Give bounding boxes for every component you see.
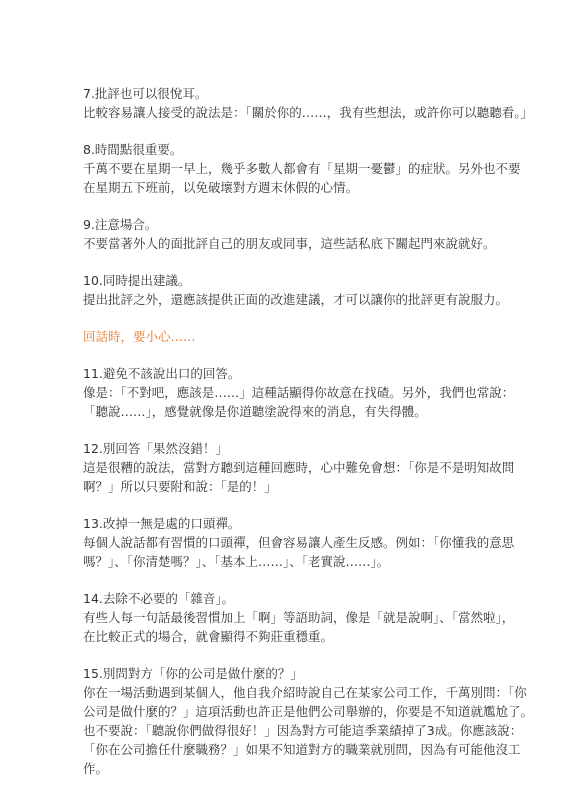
tip-8: 8.時間點很重要。 千萬不要在星期一早上，幾乎多數人都會有「星期一憂鬱」的症狀。… (83, 140, 493, 197)
tip-7: 7.批評也可以很悅耳。 比較容易讓人接受的說法是：「關於你的……，我有些想法，或… (83, 84, 493, 122)
tip-body-line: 作。 (83, 759, 493, 778)
tip-title: 7.批評也可以很悅耳。 (83, 84, 493, 103)
tip-body-line: 不要當著外人的面批評自己的朋友或同事，這些話私底下關起門來說就好。 (83, 234, 493, 253)
tip-9: 9.注意場合。 不要當著外人的面批評自己的朋友或同事，這些話私底下關起門來說就好… (83, 215, 493, 253)
tip-12: 12.別回答「果然沒錯！」 這是很糟的說法，當對方聽到這種回應時，心中難免會想：… (83, 439, 493, 496)
tip-body-line: 在星期五下班前，以免破壞對方週末休假的心情。 (83, 178, 493, 197)
tip-title: 10.同時提出建議。 (83, 271, 493, 290)
tip-body-line: 像是：「不對吧，應該是……」這種話顯得你故意在找碴。另外，我們也常說： (83, 383, 493, 402)
tip-body-line: 也不要說：「聽說你們做得很好！」因為對方可能這季業績掉了3成。你應該說： (83, 721, 493, 740)
tip-title: 11.避免不該說出口的回答。 (83, 364, 493, 383)
tip-body-line: 每個人說話都有習慣的口頭禪，但會容易讓人產生反感。例如：「你懂我的意思 (83, 533, 493, 552)
tip-10: 10.同時提出建議。 提出批評之外，還應該提供正面的改進建議，才可以讓你的批評更… (83, 271, 493, 309)
tip-13: 13.改掉一無是處的口頭禪。 每個人說話都有習慣的口頭禪，但會容易讓人產生反感。… (83, 514, 493, 571)
tip-14: 14.去除不必要的「雜音」。 有些人每一句話最後習慣加上「啊」等語助詞，像是「就… (83, 589, 493, 646)
tip-body-line: 「你在公司擔任什麼職務？」如果不知道對方的職業就別問，因為有可能他沒工 (83, 740, 493, 759)
tip-title: 9.注意場合。 (83, 215, 493, 234)
tip-title: 12.別回答「果然沒錯！」 (83, 439, 493, 458)
tip-title: 15.別問對方「你的公司是做什麼的？」 (83, 664, 493, 683)
tip-title: 14.去除不必要的「雜音」。 (83, 589, 493, 608)
tip-15: 15.別問對方「你的公司是做什麼的？」 你在一場活動遇到某個人，他自我介紹時說自… (83, 664, 493, 778)
tip-body-line: 這是很糟的說法，當對方聽到這種回應時，心中難免會想：「你是不是明知故問 (83, 458, 493, 477)
tip-body-line: 啊？」所以只要附和說：「是的！」 (83, 477, 493, 496)
tip-body-line: 比較容易讓人接受的說法是：「關於你的……，我有些想法，或許你可以聽聽看。」 (83, 103, 493, 122)
tip-body-line: 「聽說……」，感覺就像是你道聽塗說得來的消息，有失得體。 (83, 402, 493, 421)
tip-body-line: 你在一場活動遇到某個人，他自我介紹時說自己在某家公司工作，千萬別問：「你 (83, 683, 493, 702)
tip-11: 11.避免不該說出口的回答。 像是：「不對吧，應該是……」這種話顯得你故意在找碴… (83, 364, 493, 421)
tip-title: 13.改掉一無是處的口頭禪。 (83, 514, 493, 533)
tip-body-line: 千萬不要在星期一早上，幾乎多數人都會有「星期一憂鬱」的症狀。另外也不要 (83, 159, 493, 178)
document-page: 7.批評也可以很悅耳。 比較容易讓人接受的說法是：「關於你的……，我有些想法，或… (83, 84, 493, 796)
section-heading: 回話時，要小心…… (83, 327, 493, 346)
tip-body-line: 提出批評之外，還應該提供正面的改進建議，才可以讓你的批評更有說服力。 (83, 290, 493, 309)
tip-body-line: 嗎？」、「你清楚嗎？」、「基本上……」、「老實說……」。 (83, 552, 493, 571)
tip-title: 8.時間點很重要。 (83, 140, 493, 159)
tip-body-line: 有些人每一句話最後習慣加上「啊」等語助詞，像是「就是說啊」、「當然啦」， (83, 608, 493, 627)
tip-body-line: 公司是做什麼的？」這項活動也許正是他們公司舉辦的，你要是不知道就尷尬了。 (83, 702, 493, 721)
tip-body-line: 在比較正式的場合，就會顯得不夠莊重穩重。 (83, 627, 493, 646)
